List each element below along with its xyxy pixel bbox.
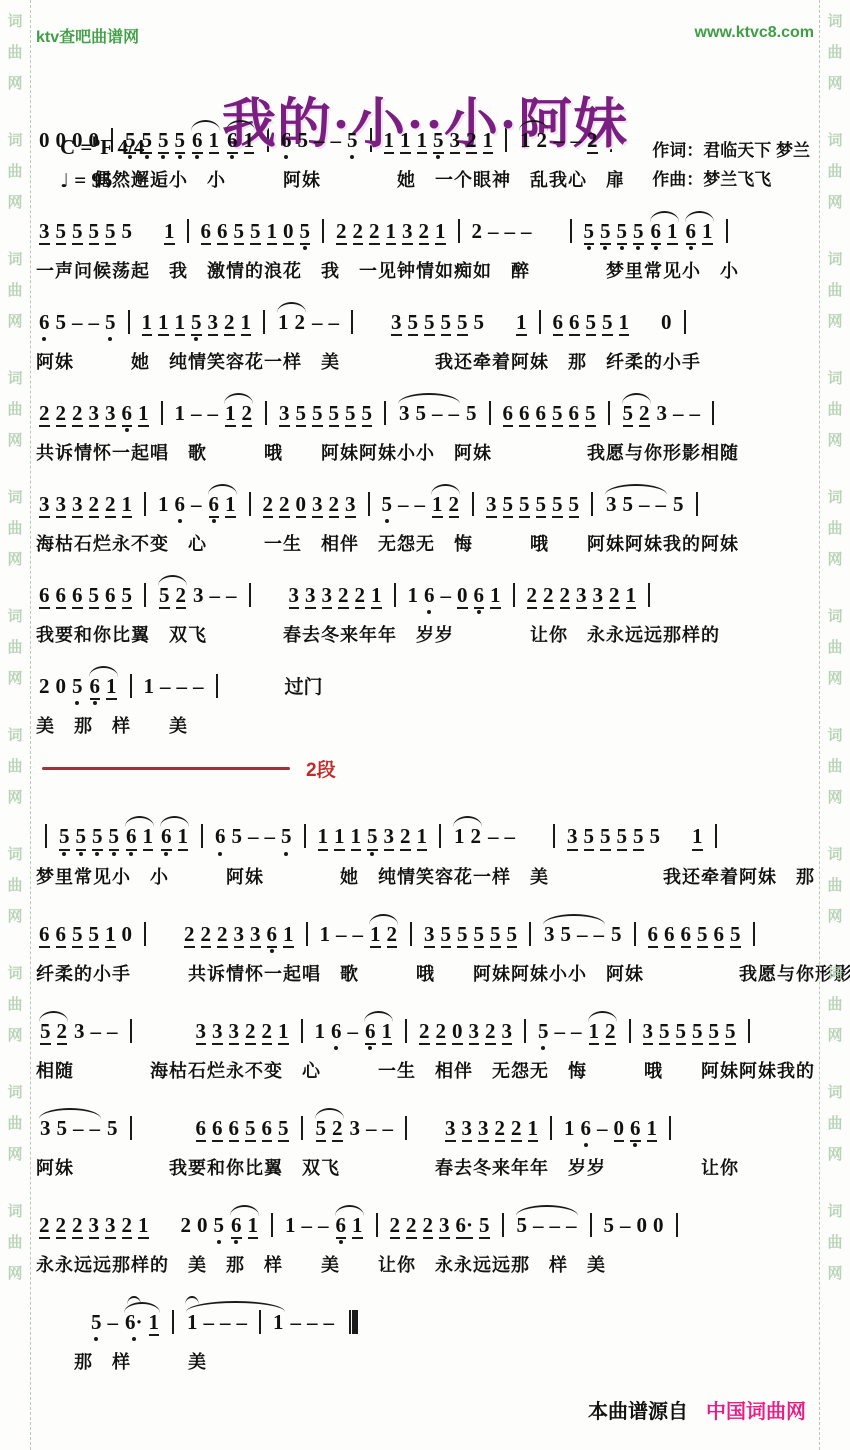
note: 2 xyxy=(201,923,212,948)
note: 2 xyxy=(587,129,598,154)
score-line: 3555551665510522213212–––55556161 一声问候荡起… xyxy=(36,207,814,283)
watermark-text: 网 xyxy=(7,76,22,91)
slur-arc: 6·1 xyxy=(121,1311,163,1336)
note: 5 xyxy=(584,220,595,245)
watermark-text: 曲 xyxy=(827,521,842,536)
note: 6 xyxy=(56,584,67,609)
note: 1 xyxy=(516,311,527,336)
note: 3 xyxy=(345,493,356,518)
note: 5 xyxy=(72,220,83,245)
note: 2 xyxy=(537,129,548,152)
note: 5 xyxy=(329,402,340,427)
slur-arc: 61 xyxy=(188,129,223,154)
note: – xyxy=(505,220,516,243)
barline-icon xyxy=(394,583,396,607)
note: 5 xyxy=(692,1020,703,1045)
note: – xyxy=(505,825,516,848)
watermark-text: 网 xyxy=(827,790,842,805)
barline-icon xyxy=(405,1116,407,1140)
note: 2 xyxy=(72,1214,83,1239)
lyrics-row: 永永远远那样的 美 那 样 美 让你 永永远远那 样 美 xyxy=(36,1251,814,1277)
note: 3 xyxy=(593,584,604,609)
note: – xyxy=(312,311,323,334)
note: 6 xyxy=(553,311,564,336)
watermark-text: 词 xyxy=(7,728,22,743)
watermark-text: 曲 xyxy=(827,1116,842,1131)
watermark-text: 网 xyxy=(827,195,842,210)
barline-icon xyxy=(502,1213,504,1237)
note: 1 xyxy=(589,1020,600,1045)
lyrics-row: 我要和你比翼 双飞 春去冬来年年 岁岁 让你 永永远远那样的 xyxy=(36,621,814,647)
section-label: 2段 xyxy=(306,755,336,782)
note: 5 xyxy=(604,1214,615,1237)
note: 2 xyxy=(338,584,349,609)
barline-icon xyxy=(676,1213,678,1237)
slur-arc: 61 xyxy=(86,675,121,700)
barline-icon xyxy=(608,401,610,425)
site-link-left[interactable]: ktv查吧曲谱网 xyxy=(36,24,139,47)
watermark-text: 曲 xyxy=(827,640,842,655)
note: 1 xyxy=(520,129,531,152)
note: 6 xyxy=(217,220,228,245)
note: 1 xyxy=(692,825,703,850)
slur-arc: 1–––1 xyxy=(183,1310,288,1334)
watermark-text: 词 xyxy=(827,609,842,624)
note: – xyxy=(90,1117,101,1140)
note: 5 xyxy=(158,129,169,154)
note: 3 xyxy=(502,1020,513,1045)
note: 3 xyxy=(56,493,67,518)
note: 5 xyxy=(611,923,622,946)
page-content: ktv查吧曲谱网 www.ktvc8.com 我的·小··小·阿妹 C =bF … xyxy=(36,0,814,1450)
note: 3 xyxy=(39,220,50,245)
note: 5 xyxy=(347,129,358,152)
note: 6· xyxy=(125,1311,143,1334)
note: 1 xyxy=(400,129,411,154)
note: 5 xyxy=(345,402,356,427)
watermark-text: 词 xyxy=(827,252,842,267)
note: – xyxy=(521,220,532,243)
footer: 本曲谱源自中国词曲网 xyxy=(36,1395,814,1450)
notation-row: 66551022233611––1235555535––5666565 xyxy=(36,910,814,948)
note: 2 xyxy=(242,402,253,427)
song-header: 我的·小··小·阿妹 C =bF 4/4 ♩ = 95 作词：君临天下 梦兰 作… xyxy=(36,53,814,102)
site-link-right[interactable]: www.ktvc8.com xyxy=(695,24,814,47)
note: 1 xyxy=(158,493,169,516)
barline-icon xyxy=(529,922,531,946)
note: 1 xyxy=(244,129,255,154)
note: 6 xyxy=(90,675,101,700)
slur-arc: 12 xyxy=(516,129,551,152)
note: 2 xyxy=(122,1214,133,1239)
watermark-text: 词 xyxy=(7,252,22,267)
note: 6 xyxy=(281,129,292,152)
watermark-text: 词 xyxy=(7,1085,22,1100)
note: 2 xyxy=(471,825,482,848)
note: 2 xyxy=(336,220,347,245)
note: 2 xyxy=(419,1020,430,1045)
note: 3 xyxy=(478,1117,489,1142)
note: 0 xyxy=(89,129,100,152)
score-line: 65––5111532112––3555551665510 阿妹 她 纯情笑容花… xyxy=(36,298,814,374)
note: 2 xyxy=(639,402,650,427)
watermark-text: 词 xyxy=(7,966,22,981)
note: 5 xyxy=(159,584,170,609)
note: 5 xyxy=(569,493,580,518)
slur-arc: 52 xyxy=(619,402,654,427)
note: 1 xyxy=(370,923,381,948)
score-section-1: 00005555616165––5111532112––2 偶然邂逅小 小 阿妹… xyxy=(36,116,814,754)
barline-icon xyxy=(249,492,251,516)
note: 5 xyxy=(72,923,83,948)
note: 1 xyxy=(138,1214,149,1239)
note: 2 xyxy=(369,220,380,245)
note: 5 xyxy=(105,220,116,245)
slur-arc: 61 xyxy=(682,220,717,245)
note: 3 xyxy=(657,402,668,425)
note: 5 xyxy=(382,493,393,516)
note: 2 xyxy=(609,584,620,609)
barline-icon xyxy=(301,1116,303,1140)
watermark-text: 网 xyxy=(827,909,842,924)
lyricist-credit: 作词：君临天下 梦兰 xyxy=(652,137,810,166)
lyrics-row: 那 样 美 xyxy=(36,1348,814,1374)
note: 6 xyxy=(648,923,659,948)
top-bar: ktv查吧曲谱网 www.ktvc8.com xyxy=(36,0,814,47)
barline-icon xyxy=(271,1213,273,1237)
note: – xyxy=(348,1020,359,1043)
barline-icon xyxy=(144,922,146,946)
notation-row: 2223321205611––6122236·55–––5–00 xyxy=(36,1201,814,1239)
slur-arc: 61 xyxy=(227,1214,262,1239)
note: 1 xyxy=(285,1214,296,1237)
barline-icon xyxy=(648,583,650,607)
watermark-text: 曲 xyxy=(827,997,842,1012)
note: 3 xyxy=(424,923,435,948)
note: 1 xyxy=(490,584,501,609)
barline-icon xyxy=(130,674,132,698)
note: 3 xyxy=(445,1117,456,1142)
note: 5 xyxy=(725,1020,736,1045)
watermark-text: 曲 xyxy=(7,1116,22,1131)
final-barline-icon xyxy=(349,1310,358,1334)
note: – xyxy=(329,311,340,334)
note: 1 xyxy=(334,825,345,850)
barline-icon xyxy=(591,492,593,516)
note: 2 xyxy=(423,1214,434,1239)
note: 5 xyxy=(250,220,261,245)
barline-icon xyxy=(489,401,491,425)
note: 1 xyxy=(351,825,362,850)
note: 3 xyxy=(229,1020,240,1045)
right-watermark-column: 词曲网词曲网词曲网词曲网词曲网词曲网词曲网词曲网词曲网词曲网词曲网 xyxy=(819,0,850,1450)
barline-icon xyxy=(376,1213,378,1237)
note: 2 xyxy=(89,493,100,518)
section-divider-line xyxy=(42,767,290,770)
note: 1 xyxy=(122,493,133,518)
score-line: 666565523––33322116–0612223321 我要和你比翼 双飞… xyxy=(36,571,814,647)
note: 1 xyxy=(454,825,465,848)
note: 6 xyxy=(72,584,83,609)
barline-icon xyxy=(513,583,515,607)
note: 3 xyxy=(72,493,83,518)
barline-icon xyxy=(715,824,717,848)
barline-icon xyxy=(161,401,163,425)
notation-row: 35––5666565523––33322116–061 xyxy=(36,1104,814,1142)
watermark-text: 词 xyxy=(7,609,22,624)
note: 1 xyxy=(417,129,428,154)
note: 2 xyxy=(279,493,290,518)
note: 5 xyxy=(552,493,563,518)
barline-icon xyxy=(439,824,441,848)
note: 5 xyxy=(633,825,644,850)
note: 6 xyxy=(424,584,435,607)
watermark-text: 网 xyxy=(7,314,22,329)
score-line: 33322116–612203235––1235555535––5 海枯石烂永不… xyxy=(36,480,814,556)
note: 1 xyxy=(483,129,494,154)
barline-icon xyxy=(172,1310,174,1334)
note: 6 xyxy=(262,1117,273,1142)
score-line: 523––33322116–612203235––12355555 相随 海枯石… xyxy=(36,1007,814,1083)
note: – xyxy=(383,1117,394,1140)
score-line: 205611–––过门 美 那 样 美 xyxy=(36,662,814,738)
note: 6 xyxy=(126,825,137,850)
note: – xyxy=(597,1117,608,1140)
interlude-label: 过门 xyxy=(285,678,323,697)
note: 5 xyxy=(175,129,186,154)
note: 6 xyxy=(39,584,50,609)
note: – xyxy=(160,675,171,698)
note: 3 xyxy=(643,1020,654,1045)
barline-icon xyxy=(128,310,130,334)
lyrics-row: 梦里常见小 小 阿妹 她 纯情笑容花一样 美 我还牵着阿妹 那 xyxy=(36,863,814,889)
note: 0 xyxy=(283,220,294,245)
note: 5 xyxy=(697,923,708,948)
slur-arc: 12 xyxy=(221,402,256,427)
watermark-text: 曲 xyxy=(7,997,22,1012)
note: 1 xyxy=(564,1117,575,1140)
note: – xyxy=(533,1214,544,1237)
barline-icon xyxy=(306,922,308,946)
composer-credit: 作曲：梦兰飞飞 xyxy=(652,166,810,195)
note: 6· xyxy=(456,1214,474,1239)
score-line: 22233611––1235555535––5666565523–– 共诉情怀一… xyxy=(36,389,814,465)
note: 2 xyxy=(39,402,50,427)
note: 3 xyxy=(399,402,410,425)
note: 2 xyxy=(472,220,483,243)
note: 2 xyxy=(56,402,67,427)
note: 3 xyxy=(384,825,395,850)
note: 5 xyxy=(561,923,572,946)
note: 5 xyxy=(72,675,83,698)
note: – xyxy=(566,1214,577,1237)
note: 5 xyxy=(617,220,628,245)
note: 3 xyxy=(322,584,333,609)
lyrics-row: 共诉情怀一起唱 歌 哦 阿妹阿妹小小 阿妹 我愿与你形影相随 xyxy=(36,439,814,465)
note: 5 xyxy=(457,311,468,336)
credits: 作词：君临天下 梦兰 作曲：梦兰飞飞 xyxy=(652,137,810,195)
note: 6 xyxy=(569,402,580,427)
note: 5 xyxy=(56,311,67,334)
barline-icon xyxy=(368,492,370,516)
note: 1 xyxy=(178,825,189,850)
score-line: 5–6·11–––1––– 那 样 美 xyxy=(36,1298,814,1374)
watermark-text: 曲 xyxy=(7,45,22,60)
note: 6 xyxy=(267,923,278,948)
note: – xyxy=(571,129,582,152)
slur-arc: 12 xyxy=(585,1020,620,1045)
footer-brand-link[interactable]: 中国词曲网 xyxy=(706,1401,806,1423)
notation-row: 5555616165––5111532112––3555551 xyxy=(36,812,814,850)
note: 5 xyxy=(89,220,100,245)
note: 1 xyxy=(149,1311,160,1336)
note: 1 xyxy=(187,1311,198,1334)
note: 1 xyxy=(278,311,289,334)
note: 2 xyxy=(387,923,398,948)
barline-icon xyxy=(748,1019,750,1043)
note: – xyxy=(91,1020,102,1043)
barline-icon xyxy=(187,219,189,243)
watermark-text: 词 xyxy=(827,966,842,981)
note: 3 xyxy=(576,584,587,609)
slur-arc: 52 xyxy=(312,1117,347,1142)
note: 5 xyxy=(89,923,100,948)
note: 5 xyxy=(585,402,596,427)
note: 6 xyxy=(519,402,530,427)
note: 6 xyxy=(365,1020,376,1045)
note: 5 xyxy=(56,220,67,245)
watermark-text: 网 xyxy=(7,195,22,210)
note: 2 xyxy=(436,1020,447,1045)
note: 6 xyxy=(161,825,172,850)
note: 1 xyxy=(315,1020,326,1043)
note: 6 xyxy=(39,923,50,948)
barline-icon xyxy=(130,1019,132,1043)
note: 6 xyxy=(569,311,580,336)
note: 2 xyxy=(406,1214,417,1239)
slur-arc: 35–– xyxy=(602,493,670,516)
barline-icon xyxy=(263,310,265,334)
note: 6 xyxy=(39,311,50,334)
note: 3 xyxy=(234,923,245,948)
note: 0 xyxy=(122,923,133,946)
note: 5 xyxy=(659,1020,670,1045)
note: 2 xyxy=(466,129,477,154)
note: 5 xyxy=(232,825,243,848)
watermark-text: 曲 xyxy=(7,1235,22,1250)
note: 3 xyxy=(567,825,578,850)
note: 1 xyxy=(209,129,220,154)
note: 0 xyxy=(56,129,67,152)
barline-icon xyxy=(570,219,572,243)
note: 6 xyxy=(175,493,186,516)
watermark-text: 网 xyxy=(827,671,842,686)
slur-arc: 61 xyxy=(647,220,682,245)
barline-icon xyxy=(144,583,146,607)
barline-icon xyxy=(696,492,698,516)
note: – xyxy=(72,311,83,334)
note: – xyxy=(307,1311,318,1334)
note: 6 xyxy=(681,923,692,948)
note: 5 xyxy=(40,1020,51,1045)
score-line: 2223321205611––6122236·55–––5–00 永永远远那样的… xyxy=(36,1201,814,1277)
watermark-text: 网 xyxy=(827,76,842,91)
note: 3 xyxy=(402,220,413,245)
barline-icon xyxy=(259,1310,261,1334)
note: 5 xyxy=(600,220,611,245)
note: – xyxy=(107,1020,118,1043)
note: 2 xyxy=(181,1214,192,1237)
note: 1 xyxy=(142,311,153,336)
note: 0 xyxy=(653,1214,664,1237)
note: 6 xyxy=(227,129,238,154)
note: 5 xyxy=(552,402,563,427)
watermark-text: 网 xyxy=(827,1028,842,1043)
note: 2 xyxy=(39,1214,50,1239)
note: 3 xyxy=(312,493,323,518)
note: 3 xyxy=(486,493,497,518)
note: 6 xyxy=(630,1117,641,1142)
note: 6 xyxy=(231,1214,242,1239)
barline-icon xyxy=(553,824,555,848)
note: 5 xyxy=(586,311,597,336)
note: 5 xyxy=(122,220,133,243)
note: 2 xyxy=(495,1117,506,1142)
note: 3 xyxy=(250,923,261,948)
note: 3 xyxy=(350,1117,361,1140)
watermark-text: 词 xyxy=(827,1204,842,1219)
note: – xyxy=(449,402,460,425)
notation-row: 3555551665510522213212–––55556161 xyxy=(36,207,814,245)
note: 2 xyxy=(262,1020,273,1045)
watermark-text: 网 xyxy=(7,1028,22,1043)
note: 2 xyxy=(184,923,195,948)
note: 5 xyxy=(89,584,100,609)
watermark-text: 网 xyxy=(7,790,22,805)
note: 5 xyxy=(109,825,120,850)
note: 2 xyxy=(353,220,364,245)
note: 5 xyxy=(441,923,452,948)
note: 1 xyxy=(105,923,116,948)
note: – xyxy=(177,675,188,698)
left-watermark-column: 词曲网词曲网词曲网词曲网词曲网词曲网词曲网词曲网词曲网词曲网词曲网 xyxy=(0,0,31,1450)
slur-arc: 61 xyxy=(361,1020,396,1045)
barline-icon xyxy=(301,1019,303,1043)
note: 5 xyxy=(424,311,435,336)
note: 3 xyxy=(74,1020,85,1043)
note: 6 xyxy=(331,1020,342,1043)
note: 5 xyxy=(105,311,116,334)
note: 1 xyxy=(158,311,169,336)
note: 6 xyxy=(714,923,725,948)
note: 1 xyxy=(647,1117,658,1142)
sheet-music-page: 词曲网词曲网词曲网词曲网词曲网词曲网词曲网词曲网词曲网词曲网词曲网 词曲网词曲网… xyxy=(0,0,850,1450)
slur-arc: 35–– xyxy=(395,402,463,425)
note: 2 xyxy=(217,923,228,948)
watermark-text: 词 xyxy=(7,1204,22,1219)
lyrics-row: 海枯石烂永不变 心 一生 相伴 无怨无 悔 哦 阿妹阿妹我的阿妹 xyxy=(36,530,814,556)
note: 5 xyxy=(474,311,485,334)
note: 3 xyxy=(469,1020,480,1045)
note: 1 xyxy=(417,825,428,850)
note: 0 xyxy=(72,129,83,152)
note: 5 xyxy=(536,493,547,518)
note: 5 xyxy=(617,825,628,850)
tempo: ♩ = 95 xyxy=(60,164,144,197)
slur-arc: 35–– xyxy=(36,1117,104,1140)
note: 5 xyxy=(730,923,741,948)
note: 1 xyxy=(143,825,154,850)
